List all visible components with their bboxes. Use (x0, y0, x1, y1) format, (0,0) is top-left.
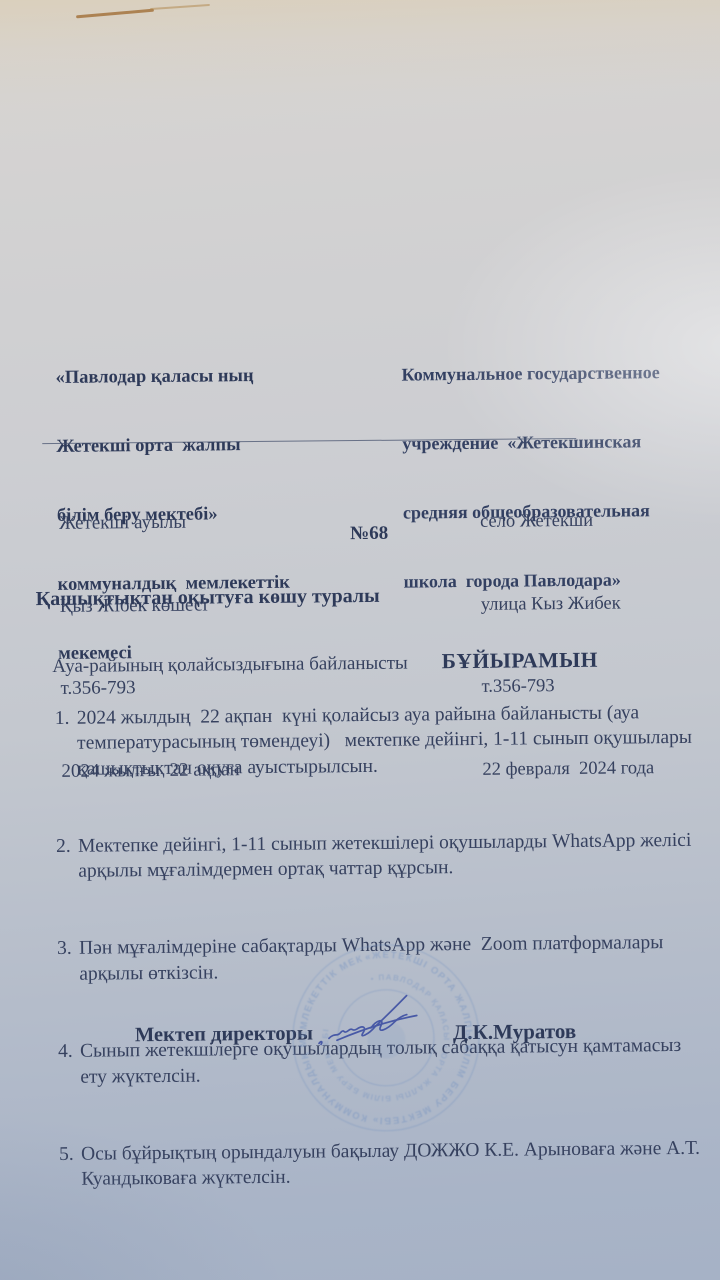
order-item-number: 3. (49, 936, 79, 987)
letterhead-ru-line: учреждение «Жетекшинская (402, 430, 696, 456)
order-item-number: 5. (51, 1141, 81, 1192)
order-document: «Павлодар қаласы ның Жетекші орта жалпы … (0, 0, 720, 1280)
subject-line: Қашықтықтан оқытуға көшу туралы (36, 585, 380, 611)
order-item: 5. Осы бұйрықтың орындалуын бақылау ДОЖЖ… (51, 1135, 711, 1192)
handwritten-signature (312, 987, 439, 1052)
order-item: 1. 2024 жылдың 22 ақпан күні қолайсыз ау… (47, 700, 708, 783)
order-item: 2. Мектепке дейінгі, 1-11 сынып жетекшіл… (48, 828, 708, 885)
order-item-number: 2. (48, 834, 78, 885)
order-item-number: 1. (47, 706, 78, 783)
document-number: №68 (350, 523, 388, 545)
letterhead-ru-line: Коммунальное государственное (401, 361, 695, 387)
address-kk-line: Жетекші ауылы (59, 508, 238, 537)
order-item-text: Мектепке дейінгі, 1-11 сынып жетекшілері… (78, 828, 708, 885)
address-ru-line: село Жетекши (480, 507, 652, 536)
order-item-number: 4. (50, 1039, 80, 1090)
address-ru-line: улица Кыз Жибек (481, 590, 653, 619)
order-item-text: Осы бұйрықтың орындалуын бақылау ДОЖЖО К… (81, 1135, 711, 1192)
letterhead-kk-line: «Павлодар қаласы ның (56, 364, 402, 390)
order-item-text: 2024 жылдың 22 ақпан күні қолайсыз ауа р… (77, 700, 708, 782)
